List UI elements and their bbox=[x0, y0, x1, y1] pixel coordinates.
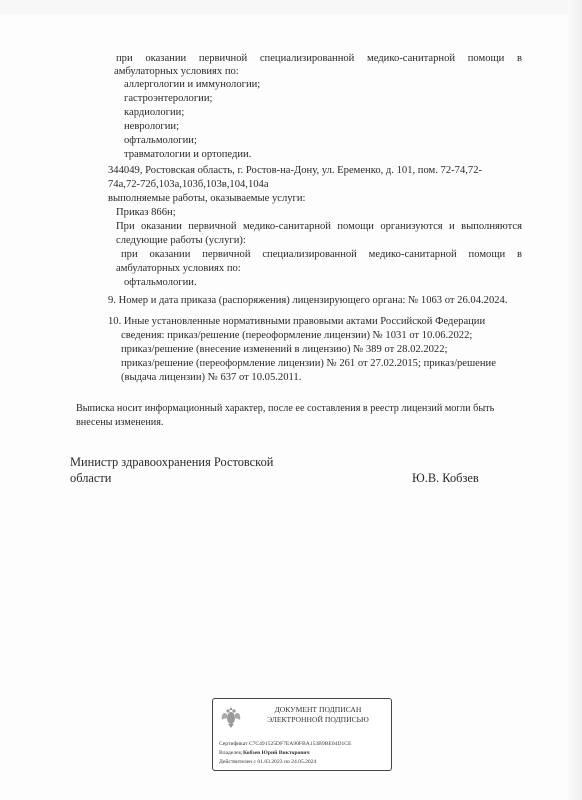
stamp-owner-name: Кобзев Юрий Викторович bbox=[243, 750, 310, 756]
block1-item: аллергологии и иммунологии; bbox=[124, 78, 260, 92]
stamp-certificate: Сертификат C7C491525DF7EA90FBA153B9BE04D… bbox=[219, 741, 351, 748]
block1-item: кардиологии; bbox=[124, 106, 184, 120]
specialized-care-item: офтальмологии. bbox=[124, 276, 197, 290]
block1-intro-line1: при оказании первичной специализированно… bbox=[116, 52, 522, 66]
signatory-name: Ю.В. Кобзев bbox=[412, 470, 479, 486]
primary-care-line1: При оказании первичной медико-санитарной… bbox=[116, 220, 522, 234]
stamp-title-line2: ЭЛЕКТРОННОЙ ПОДПИСЬЮ bbox=[253, 715, 383, 725]
item-10-line1: 10. Иные установленные нормативными прав… bbox=[108, 315, 485, 329]
stamp-title-line1: ДОКУМЕНТ ПОДПИСАН bbox=[253, 705, 383, 715]
block1-item: офтальмологии; bbox=[124, 134, 197, 148]
item-10-line2: сведения: приказ/решение (переоформление… bbox=[121, 329, 472, 343]
address-line2: 74а,72-72б,103а,103б,103в,104,104а bbox=[108, 178, 269, 192]
works-label: выполняемые работы, оказываемые услуги: bbox=[108, 192, 306, 206]
signatory-position-line2: области bbox=[70, 470, 111, 486]
item-10-line3: приказ/решение (внесение изменений в лиц… bbox=[121, 343, 447, 357]
stamp-owner: Владелец Кобзев Юрий Викторович bbox=[219, 750, 310, 757]
block1-item: неврологии; bbox=[124, 120, 179, 134]
primary-care-line2: следующие работы (услуги): bbox=[116, 234, 246, 248]
informational-note-line1: Выписка носит информационный характер, п… bbox=[76, 402, 494, 416]
order-reference: Приказ 866н; bbox=[116, 206, 176, 220]
informational-note-line2: внесены изменения. bbox=[76, 416, 163, 430]
specialized-care-line1: при оказании первичной специализированно… bbox=[121, 248, 522, 262]
item-9-order-number-date: 9. Номер и дата приказа (распоряжения) л… bbox=[108, 294, 507, 308]
block1-item: травматологии и ортопедии. bbox=[124, 148, 251, 162]
block1-intro-line2: амбулаторных условиях по: bbox=[114, 65, 239, 79]
coat-of-arms-icon bbox=[220, 705, 242, 729]
license-extract-page: при оказании первичной специализированно… bbox=[0, 0, 582, 800]
address-line1: 344049, Ростовская область, г. Ростов-на… bbox=[108, 164, 482, 178]
stamp-owner-label: Владелец bbox=[219, 750, 242, 756]
e-signature-stamp: ДОКУМЕНТ ПОДПИСАН ЭЛЕКТРОННОЙ ПОДПИСЬЮ С… bbox=[212, 698, 392, 771]
stamp-title: ДОКУМЕНТ ПОДПИСАН ЭЛЕКТРОННОЙ ПОДПИСЬЮ bbox=[253, 705, 383, 725]
item-10-line4: приказ/решение (переоформление лицензии)… bbox=[121, 357, 496, 371]
specialized-care-line2: амбулаторных условиях по: bbox=[116, 262, 241, 276]
stamp-validity: Действителен с 01.03.2023 по 24.05.2024 bbox=[219, 759, 316, 766]
item-10-line5: (выдача лицензии) № 637 от 10.05.2011. bbox=[121, 371, 301, 385]
signatory-position-line1: Министр здравоохранения Ростовской bbox=[70, 454, 273, 470]
block1-item: гастроэнтерологии; bbox=[124, 92, 212, 106]
